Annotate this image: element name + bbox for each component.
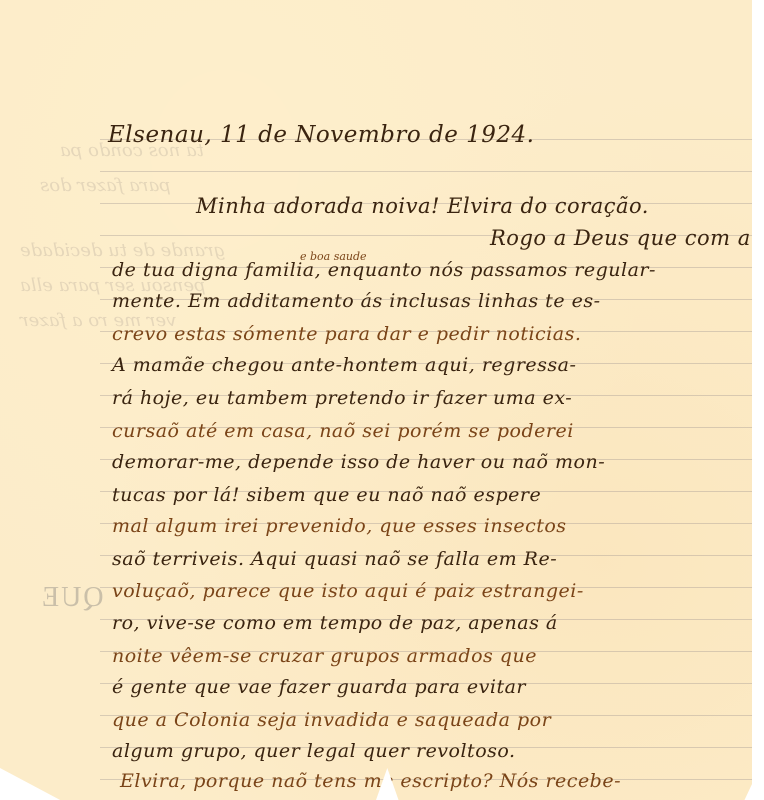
- body-line: ro, vive-se como em tempo de paz, apenas…: [112, 612, 558, 634]
- body-line: tucas por lá! sibem que eu naõ naõ esper…: [112, 484, 541, 506]
- body-line: rá hoje, eu tambem pretendo ir fazer uma…: [112, 387, 572, 409]
- body-line: saõ terriveis. Aqui quasi naõ se falla e…: [112, 548, 557, 570]
- bleed-through-stamp: QUE: [40, 582, 104, 614]
- body-line: noite vêem-se cruzar grupos armados que: [112, 645, 537, 667]
- body-line: Elvira, porque naõ tens me escripto? Nós…: [120, 770, 621, 792]
- body-line: algum grupo, quer legal quer revoltoso.: [112, 740, 516, 762]
- body-line: voluçaõ, parece que isto aqui é paiz est…: [112, 580, 584, 602]
- body-line: que a Colonia seja invadida e saqueada p…: [112, 709, 551, 731]
- salutation: Minha adorada noiva! Elvira do coração.: [196, 194, 649, 218]
- bleed-through-text: para fazer dos: [40, 175, 171, 196]
- letter-paper: ta nos condo pa para fazer dos grande de…: [0, 0, 752, 800]
- body-line: mal algum irei prevenido, que esses inse…: [112, 515, 567, 537]
- body-line: A mamãe chegou ante-hontem aqui, regress…: [112, 354, 576, 376]
- body-line: Rogo a Deus que com a: [490, 226, 751, 250]
- body-line: demorar-me, depende isso de haver ou naõ…: [112, 451, 605, 473]
- body-line: cursaõ até em casa, naõ sei porém se pod…: [112, 420, 574, 442]
- body-line: de tua digna familia, enquanto nós passa…: [112, 259, 656, 281]
- dateline: Elsenau, 11 de Novembro de 1924.: [108, 122, 535, 148]
- body-line: crevo estas sómente para dar e pedir not…: [112, 323, 581, 345]
- body-line: é gente que vae fazer guarda para evitar: [112, 676, 526, 698]
- body-line: mente. Em additamento ás inclusas linhas…: [112, 290, 601, 312]
- bleed-through-text: grande de tu decidade: [20, 240, 225, 261]
